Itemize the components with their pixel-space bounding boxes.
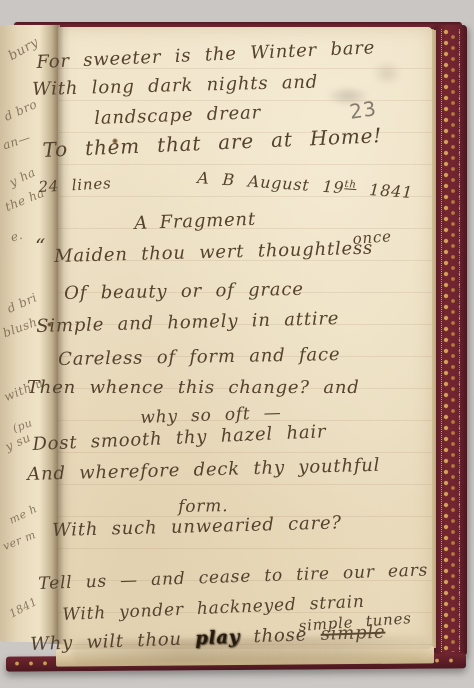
gold-tooling-pattern: [441, 29, 460, 652]
left-page-fragment: e.: [9, 228, 24, 245]
left-page-fragment: an—: [1, 130, 32, 152]
left-page-fragment: d bri: [5, 290, 39, 316]
left-page-fragment: me h: [7, 502, 39, 527]
poem-line: Of beauty or of grace: [64, 279, 304, 304]
pencil-page-number: 23: [348, 96, 378, 124]
interlinear-insertion: once: [352, 227, 392, 248]
left-page-fragment: d bro: [2, 97, 39, 124]
opening-quote-mark: “: [35, 234, 46, 258]
poem-line: Then whence this change? and: [27, 377, 360, 398]
poem-title: A Fragment: [134, 209, 256, 234]
left-page-fragment: 1841: [7, 595, 40, 621]
blotted-word: play: [195, 627, 240, 650]
left-page-fragment: y su: [3, 430, 33, 454]
photo-background: bury d bro an— y ha the ha e. d bri blus…: [0, 0, 474, 688]
left-page-fragment: y ha: [7, 165, 38, 190]
left-page-fragment: ver m: [1, 528, 38, 553]
poem-line: form.: [178, 496, 229, 517]
date-year: 1841: [356, 179, 414, 202]
left-page-fragment: blush: [1, 315, 39, 340]
cover-right-edge: [434, 25, 467, 656]
notebook: bury d bro an— y ha the ha e. d bri blus…: [0, 20, 470, 670]
line-count-note: 24 lines: [38, 174, 112, 196]
